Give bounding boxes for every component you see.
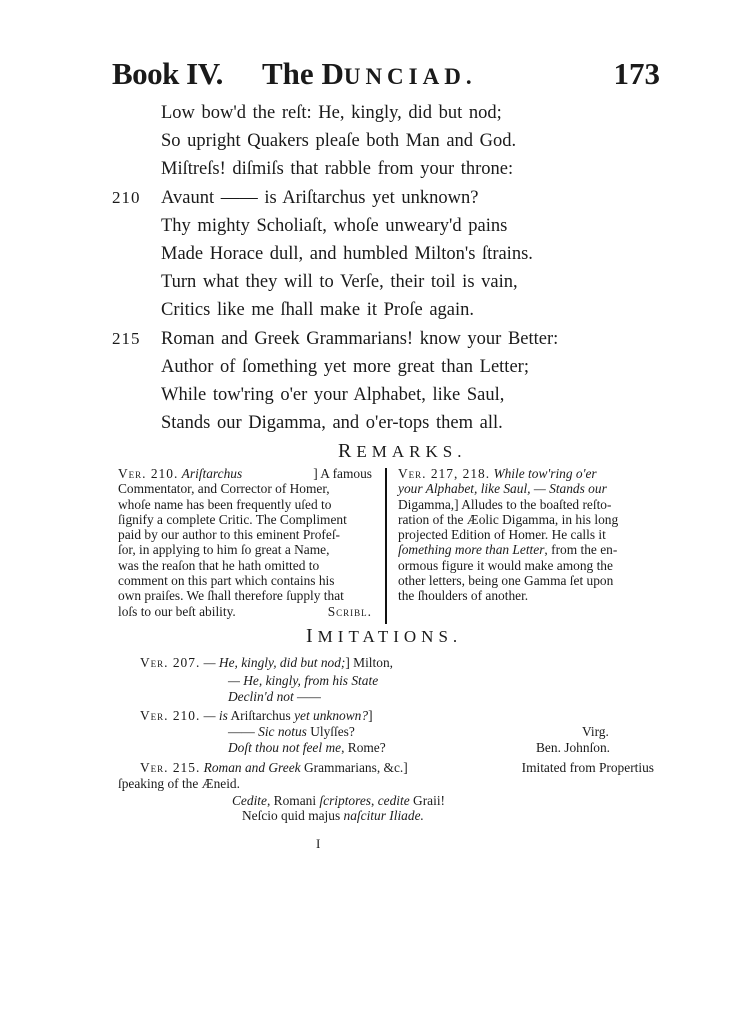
note-line: own praiſes. We ſhall therefore ſupply t… bbox=[118, 588, 372, 603]
signature: Scribl. bbox=[328, 604, 372, 619]
line-text: So upright Quakers pleaſe both Man and G… bbox=[161, 127, 516, 155]
heading-rest: EMARKS. bbox=[356, 442, 466, 461]
note-line: ſignify a complete Critic. The Complimen… bbox=[118, 512, 372, 527]
remark-right: Ver. 217, 218. While tow'ring o'er your … bbox=[398, 466, 654, 604]
quote-roman: , Rome? bbox=[341, 740, 386, 755]
note-line: comment on this part which contains his bbox=[118, 573, 372, 588]
quote-line: —— Sic notus Ulyſſes? bbox=[228, 724, 355, 740]
verse-line: Miſtreſs! diſmiſs that rabble from your … bbox=[112, 155, 672, 183]
quote-italic: naſcitur Iliade. bbox=[344, 808, 424, 823]
quote-italic: Doſt thou not feel me bbox=[228, 740, 341, 755]
imitations-heading: IMITATIONS. bbox=[306, 625, 462, 648]
bracket: ] bbox=[368, 708, 372, 723]
poem-text: Low bow'd the reſt: He, kingly, did but … bbox=[112, 99, 672, 437]
note-line: the ſhoulders of another. bbox=[398, 588, 654, 603]
line-number: 215 bbox=[112, 325, 141, 353]
line-text: Author of ſomething yet more great than … bbox=[161, 353, 529, 381]
quote-line: Declin'd not —— bbox=[228, 689, 321, 705]
source: ] Milton, bbox=[345, 655, 393, 670]
line-text: Critics like me ſhall make it Proſe agai… bbox=[161, 296, 474, 324]
verse-ref: Ver. 210. bbox=[140, 708, 200, 723]
verse-line: Critics like me ſhall make it Proſe agai… bbox=[112, 296, 672, 324]
attribution: Ben. Johnſon. bbox=[536, 740, 610, 756]
heading-rest: MITATIONS. bbox=[318, 627, 463, 646]
lemma: Ariſtarchus bbox=[182, 466, 243, 481]
note-line: other letters, being one Gamma ſet upon bbox=[398, 573, 654, 588]
verse-line: 215Roman and Greek Grammarians! know you… bbox=[112, 325, 672, 353]
note-line: ration of the Æolic Digamma, in his long bbox=[398, 512, 654, 527]
title-initial: D bbox=[321, 56, 343, 91]
verse-line: Stands our Digamma, and o'er-tops them a… bbox=[112, 409, 672, 437]
lemma: — He, kingly, did but nod; bbox=[204, 655, 346, 670]
book-page: Book IV. The DUNCIAD. 173 Low bow'd the … bbox=[0, 0, 752, 1024]
column-divider bbox=[385, 468, 387, 624]
verse-line: Author of ſomething yet more great than … bbox=[112, 353, 672, 381]
note-line: Ver. 217, 218. While tow'ring o'er bbox=[398, 466, 654, 481]
note-line: Digamma,] Alludes to the boaſted reſto- bbox=[398, 497, 654, 512]
quote-line: Doſt thou not feel me, Rome? bbox=[228, 740, 386, 756]
work-title: The DUNCIAD. bbox=[262, 56, 477, 92]
lemma: yet unknown? bbox=[294, 708, 368, 723]
heading-initial: I bbox=[306, 625, 318, 647]
attribution: Virg. bbox=[582, 724, 609, 740]
verse-line: So upright Quakers pleaſe both Man and G… bbox=[112, 127, 672, 155]
title-prefix: The bbox=[262, 56, 321, 91]
remark-left: Ver. 210. Ariſtarchus ] A famous Comment… bbox=[118, 466, 372, 619]
dash: —— bbox=[228, 724, 255, 739]
entry-continuation: ſpeaking of the Æneid. bbox=[118, 776, 240, 792]
quote-italic: ſcriptores bbox=[319, 793, 371, 808]
verse-line: Low bow'd the reſt: He, kingly, did but … bbox=[112, 99, 672, 127]
line-text: While tow'ring o'er your Alphabet, like … bbox=[161, 381, 504, 409]
line-text: Roman and Greek Grammarians! know your B… bbox=[161, 325, 558, 353]
verse-line: Turn what they will to Verſe, their toil… bbox=[112, 268, 672, 296]
verse-line: 210Avaunt —— is Ariſtarchus yet unknown? bbox=[112, 184, 672, 212]
verse-ref: Ver. 207. bbox=[140, 655, 200, 670]
note-line: paid by our author to this eminent Profe… bbox=[118, 527, 372, 542]
quote-roman: Graii! bbox=[410, 793, 445, 808]
imitation-entry: Ver. 207. — He, kingly, did but nod;] Mi… bbox=[140, 655, 393, 671]
quote-roman: Ulyſſes? bbox=[307, 724, 355, 739]
verse-line: While tow'ring o'er your Alphabet, like … bbox=[112, 381, 672, 409]
book-label: Book IV. bbox=[112, 56, 223, 92]
catchword: I bbox=[316, 836, 320, 852]
note-lead: Ver. 210. Ariſtarchus bbox=[118, 466, 242, 481]
lemma-name: Ariſtarchus bbox=[228, 708, 294, 723]
note-line: ſor, in applying to him ſo great a Name, bbox=[118, 542, 372, 557]
lemma: Roman and Greek bbox=[204, 760, 301, 775]
quote-roman: Neſcio quid majus bbox=[242, 808, 344, 823]
heading-initial: R bbox=[338, 440, 356, 462]
quote-line: — He, kingly, from his State bbox=[228, 673, 378, 689]
quote-roman: , Romani bbox=[267, 793, 319, 808]
italic-phrase: ſomething more than Letter bbox=[398, 542, 544, 557]
quote-line: Neſcio quid majus naſcitur Iliade. bbox=[242, 808, 424, 824]
verse-ref: Ver. 215. bbox=[140, 760, 200, 775]
verse-line: Made Horace dull, and humbled Milton's ſ… bbox=[112, 240, 672, 268]
running-head: Book IV. The DUNCIAD. 173 bbox=[112, 56, 660, 96]
title-rest: UNCIAD. bbox=[344, 64, 477, 89]
quote-italic: Sic notus bbox=[255, 724, 307, 739]
imitation-entry: Ver. 215. Roman and Greek Grammarians, &… bbox=[140, 760, 654, 776]
lemma: While tow'ring o'er bbox=[493, 466, 596, 481]
quote-italic: Cedite bbox=[232, 793, 267, 808]
remarks-heading: REMARKS. bbox=[338, 440, 466, 463]
line-number: 210 bbox=[112, 184, 141, 212]
line-text: Made Horace dull, and humbled Milton's ſ… bbox=[161, 240, 533, 268]
imitation-entry: Ver. 210. — is Ariſtarchus yet unknown?] bbox=[140, 708, 373, 724]
lemma-rest: Grammarians, &c.] bbox=[301, 760, 408, 775]
line-text: Avaunt —— is Ariſtarchus yet unknown? bbox=[161, 184, 478, 212]
quote-italic: cedite bbox=[378, 793, 410, 808]
note-line: loſs to our beſt ability. Scribl. bbox=[118, 604, 372, 619]
line-text: Stands our Digamma, and o'er-tops them a… bbox=[161, 409, 503, 437]
quote-roman: , bbox=[371, 793, 378, 808]
lemma: — is bbox=[204, 708, 228, 723]
verse-line: Thy mighty Scholiaſt, whoſe unweary'd pa… bbox=[112, 212, 672, 240]
quote-line: Cedite, Romani ſcriptores, cedite Graii! bbox=[232, 793, 445, 809]
line-text: Low bow'd the reſt: He, kingly, did but … bbox=[161, 99, 502, 127]
source: Imitated from Propertius bbox=[522, 760, 654, 776]
line-text: Thy mighty Scholiaſt, whoſe unweary'd pa… bbox=[161, 212, 507, 240]
note-text: loſs to our beſt ability. bbox=[118, 604, 236, 619]
line-text: Miſtreſs! diſmiſs that rabble from your … bbox=[161, 155, 513, 183]
page-number: 173 bbox=[614, 56, 661, 92]
verse-ref: Ver. 217, 218. bbox=[398, 466, 490, 481]
verse-ref: Ver. 210. bbox=[118, 466, 178, 481]
note-text: ] A famous bbox=[313, 466, 372, 481]
note-line: projected Edition of Homer. He calls it bbox=[398, 527, 654, 542]
note-line: your Alphabet, like Saul, — Stands our bbox=[398, 481, 654, 496]
note-line: whoſe name has been frequently uſed to bbox=[118, 497, 372, 512]
line-text: Turn what they will to Verſe, their toil… bbox=[161, 268, 518, 296]
note-line: ſomething more than Letter, from the en- bbox=[398, 542, 654, 557]
note-line: Commentator, and Corrector of Homer, bbox=[118, 481, 372, 496]
note-line: was the reaſon that he hath omitted to bbox=[118, 558, 372, 573]
note-line: ormous figure it would make among the bbox=[398, 558, 654, 573]
entry-lead: Ver. 215. Roman and Greek Grammarians, &… bbox=[140, 760, 408, 776]
note-line: Ver. 210. Ariſtarchus ] A famous bbox=[118, 466, 372, 481]
note-text: , from the en- bbox=[544, 542, 617, 557]
